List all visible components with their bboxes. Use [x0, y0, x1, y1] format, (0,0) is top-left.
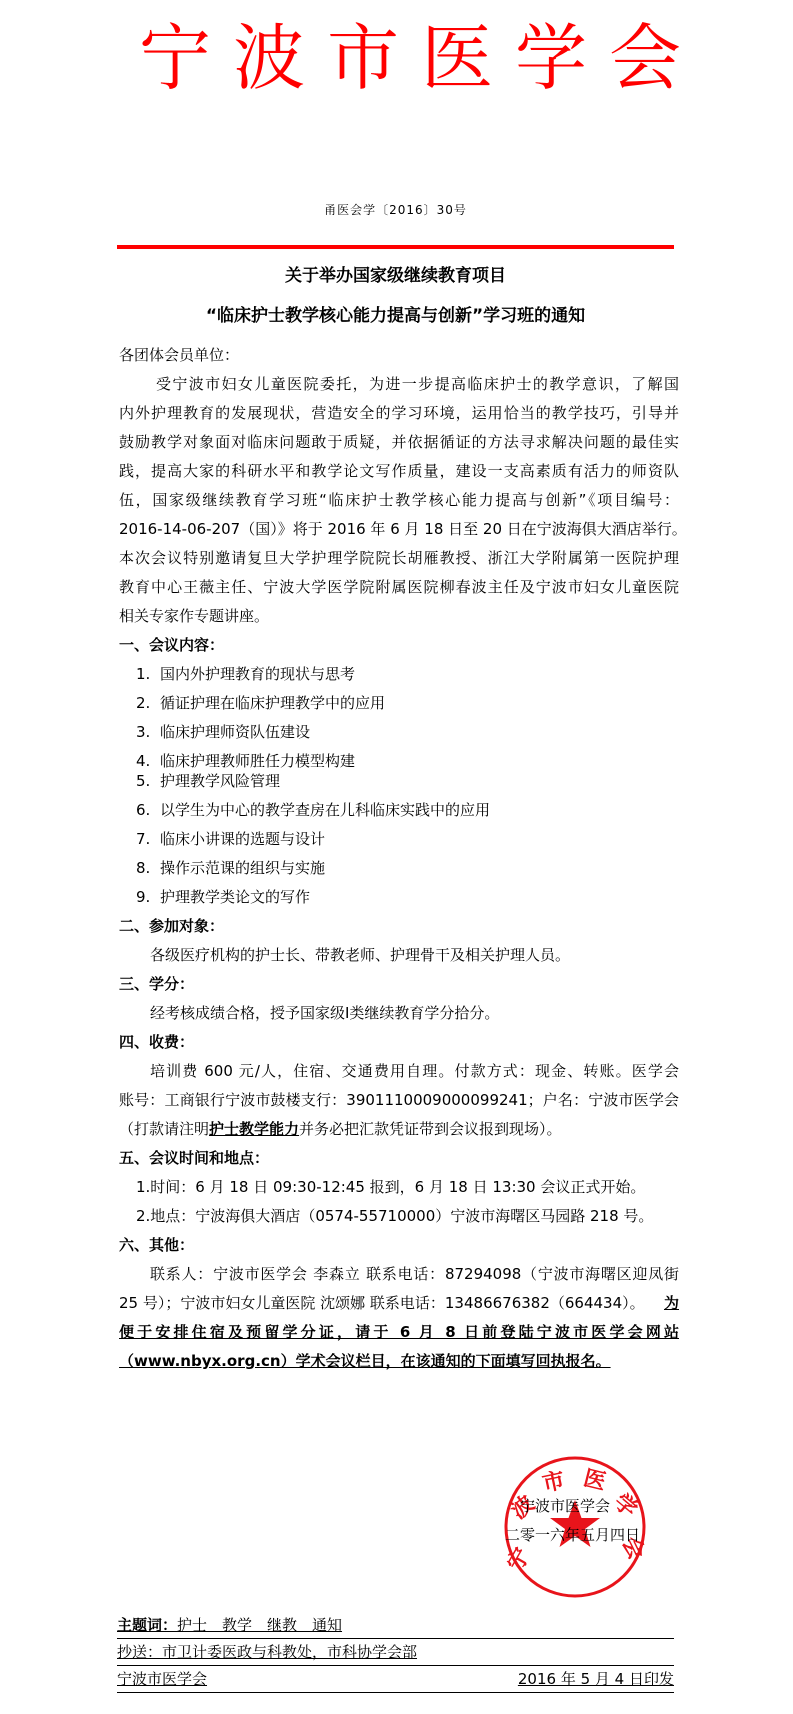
cc-text: 抄送：市卫计委医政与科教处，市科协学会部 — [117, 1639, 417, 1665]
keywords-value: 护士 教学 继教 通知 — [177, 1616, 342, 1634]
fees-line: 培训费 600 元/人，住宿、交通费用自理。付款方式：现金、转账。医学会 — [119, 1057, 679, 1086]
section-heading-credits: 三、学分： — [119, 970, 679, 999]
red-divider — [117, 245, 674, 249]
section-heading-other: 六、其他： — [119, 1231, 679, 1260]
payment-remark-keyword: 护士教学能力 — [209, 1120, 299, 1138]
registration-note-website[interactable]: （www.nbyx.org.cn）学术会议栏目，在该通知的下面填写回执报名。 — [119, 1347, 679, 1376]
intro-line: 鼓励教学对象面对临床问题敢于质疑，并依据循证的方法寻求解决问题的最佳实 — [119, 428, 679, 457]
list-item: 6.以学生为中心的教学查房在儿科临床实践中的应用 — [119, 796, 679, 825]
svg-text:市: 市 — [540, 1467, 567, 1497]
signature-date: 二零一六年五月四日 — [505, 1526, 640, 1544]
signature-org: 宁波市医学会 — [520, 1497, 610, 1515]
contact-line: 25 号）；宁波市妇女儿童医院 沈颂娜 联系电话：13486676382（664… — [119, 1289, 679, 1318]
list-item: 1.国内外护理教育的现状与思考 — [119, 660, 679, 689]
section-heading-time-place: 五、会议时间和地点： — [119, 1144, 679, 1173]
list-item: 9.护理教学类论文的写作 — [119, 883, 679, 912]
intro-line: 相关专家作专题讲座。 — [119, 602, 679, 631]
credits-text: 经考核成绩合格，授予国家级Ⅰ类继续教育学分拾分。 — [119, 999, 679, 1028]
issuer-name: 宁波市医学会 — [117, 1666, 207, 1692]
footer-cc: 抄送：市卫计委医政与科教处，市科协学会部 — [117, 1639, 674, 1666]
list-item: 2.循证护理在临床护理教学中的应用 — [119, 689, 679, 718]
intro-line: 内外护理教育的发展现状，营造安全的学习环境，运用恰当的教学技巧，引导并 — [119, 399, 679, 428]
list-item: 4.临床护理教师胜任力模型构建 — [119, 747, 679, 767]
svg-text:学: 学 — [609, 1489, 643, 1523]
list-item: 5.护理教学风险管理 — [119, 767, 679, 796]
list-item: 3.临床护理师资队伍建设 — [119, 718, 679, 747]
list-item: 8.操作示范课的组织与实施 — [119, 854, 679, 883]
masthead-title: 宁波市医学会 — [117, 18, 674, 98]
section-heading-fees: 四、收费： — [119, 1028, 679, 1057]
intro-line: 践，提高大家的科研水平和教学论文写作质量，建设一支高素质有活力的师资队 — [119, 457, 679, 486]
fees-note: （打款请注明护士教学能力并务必把汇款凭证带到会议报到现场）。 — [119, 1115, 679, 1144]
notice-body: 各团体会员单位： 受宁波市妇女儿童医院委托，为进一步提高临床护士的教学意识，了解… — [119, 341, 679, 1376]
contact-line: 联系人：宁波市医学会 李森立 联系电话：87294098（宁波市海曙区迎凤街 — [119, 1260, 679, 1289]
notice-title-line2: “临床护士教学核心能力提高与创新”学习班的通知 — [117, 305, 674, 327]
issue-date: 2016 年 5 月 4 日印发 — [518, 1666, 674, 1692]
meeting-time: 1.时间：6 月 18 日 09:30-12:45 报到，6 月 18 日 13… — [119, 1173, 679, 1202]
section-heading-content: 一、会议内容： — [119, 631, 679, 660]
intro-line: 教育中心王薇主任、宁波大学医学院附属医院柳春波主任及宁波市妇女儿童医院 — [119, 573, 679, 602]
section-heading-participants: 二、参加对象： — [119, 912, 679, 941]
intro-line: 本次会议特别邀请复旦大学护理学院院长胡雁教授、浙江大学附属第一医院护理 — [119, 544, 679, 573]
intro-line: 2016-14-06-207（国）》将于 2016 年 6 月 18 日至 20… — [119, 515, 679, 544]
notice-title-line1: 关于举办国家级继续教育项目 — [117, 265, 674, 287]
footer-keywords: 主题词：护士 教学 继教 通知 — [117, 1612, 674, 1639]
keywords-label: 主题词： — [117, 1616, 177, 1634]
intro-line: 伍，国家级继续教育学习班“临床护士教学核心能力提高与创新”《项目编号： — [119, 486, 679, 515]
fees-line: 账号：工商银行宁波市鼓楼支行：3901110009000099241；户名：宁波… — [119, 1086, 679, 1115]
footer-issuer: 宁波市医学会 2016 年 5 月 4 日印发 — [117, 1666, 674, 1693]
intro-line: 受宁波市妇女儿童医院委托，为进一步提高临床护士的教学意识，了解国 — [119, 370, 679, 399]
svg-text:医: 医 — [581, 1465, 609, 1496]
participants-text: 各级医疗机构的护士长、带教老师、护理骨干及相关护理人员。 — [119, 941, 679, 970]
meeting-place: 2.地点：宁波海俱大酒店（0574-55710000）宁波市海曙区马园路 218… — [119, 1202, 679, 1231]
registration-note: 便于安排住宿及预留学分证，请于 6 月 8 日前登陆宁波市医学会网站 — [119, 1318, 679, 1347]
salutation: 各团体会员单位： — [119, 341, 679, 370]
list-item: 7.临床小讲课的选题与设计 — [119, 825, 679, 854]
document-number: 甬医会学〔2016〕30号 — [117, 202, 674, 218]
